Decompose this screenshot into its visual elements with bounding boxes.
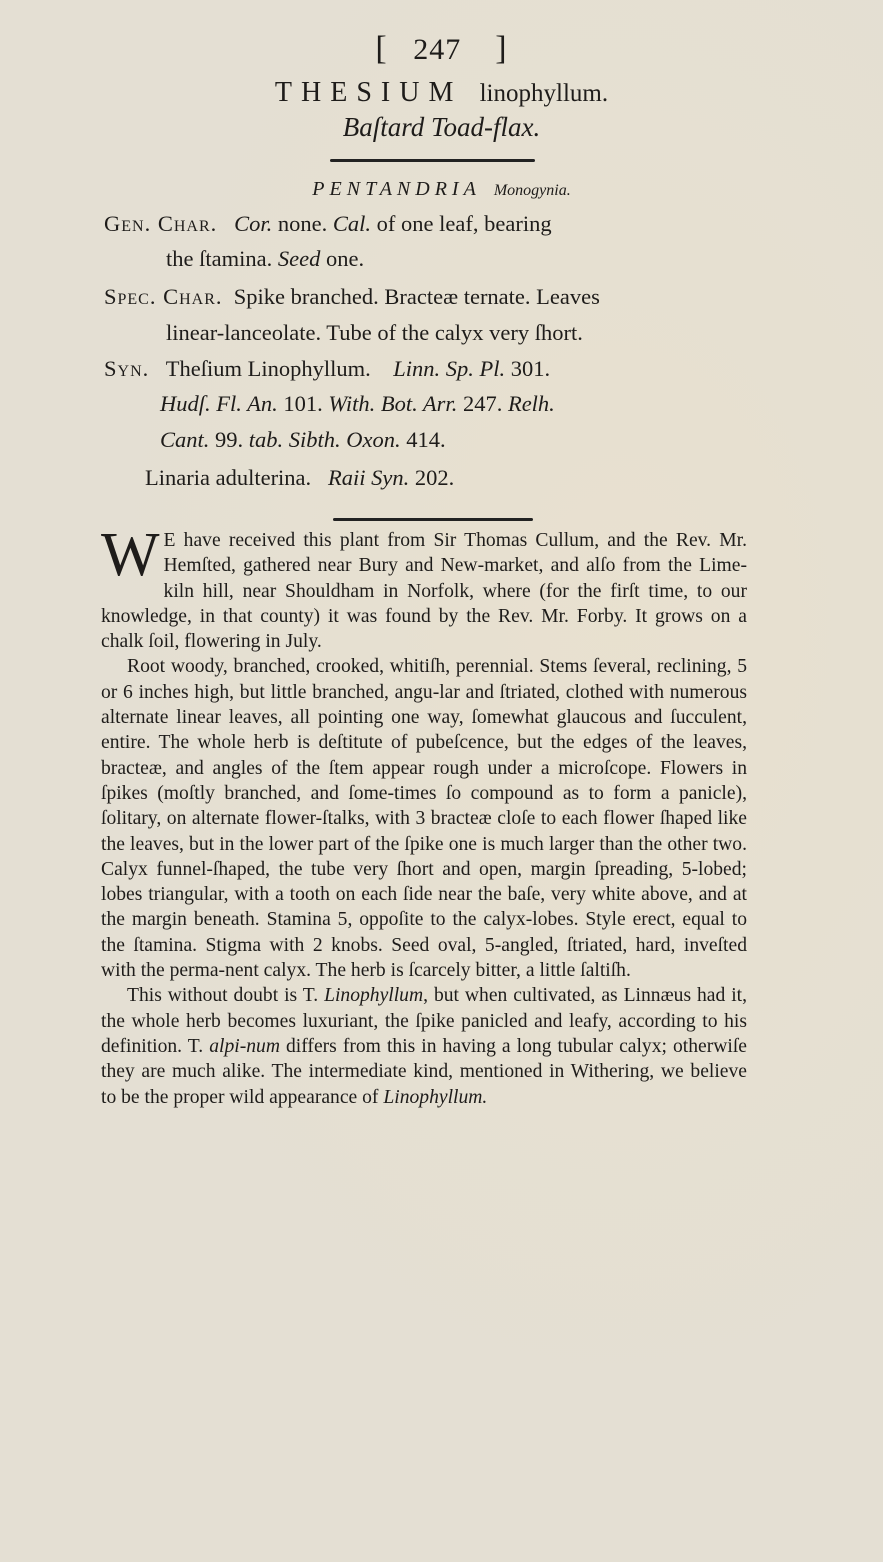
- bracket-close: ]: [495, 30, 507, 67]
- text-run: Seed: [278, 246, 320, 271]
- page-title: THESIUM linophyllum.: [0, 76, 883, 109]
- syn-label: Syn.: [104, 356, 149, 381]
- text-run: 414.: [401, 427, 446, 452]
- paragraph-text: E have received this plant from Sir Thom…: [101, 530, 747, 652]
- text-run: 247.: [457, 391, 508, 416]
- paragraph-1: WE have received this plant from Sir Tho…: [101, 528, 747, 654]
- syn-line-4: Linaria adulterina. Raii Syn. 202.: [145, 465, 454, 491]
- text-run: Linn. Sp. Pl.: [393, 356, 505, 381]
- syn-line-2: Hudſ. Fl. An. 101. With. Bot. Arr. 247. …: [160, 391, 555, 417]
- text-run: the ſtamina.: [166, 246, 278, 271]
- text-run: Raii Syn.: [328, 465, 409, 490]
- text-run: Cor.: [234, 211, 272, 236]
- paragraph-3: This without doubt is T. Linophyllum, bu…: [101, 983, 747, 1109]
- gen-char-label: Gen. Char.: [104, 211, 217, 236]
- species-italic: Linophyllum.: [383, 1087, 487, 1108]
- text-run: none.: [272, 211, 333, 236]
- text-run: of one leaf, bearing: [371, 211, 552, 236]
- text-run: Relh.: [508, 391, 555, 416]
- gen-char-line-2: the ſtamina. Seed one.: [166, 246, 364, 272]
- text-run: 301.: [511, 356, 550, 381]
- text-run: Sibth. Oxon.: [289, 427, 401, 452]
- text-run: Theſium Linophyllum.: [166, 356, 371, 381]
- drop-cap: W: [101, 528, 160, 580]
- text-run: Cant.: [160, 427, 209, 452]
- text-run: tab.: [249, 427, 283, 452]
- genus-name: THESIUM: [275, 77, 462, 108]
- divider-rule: [333, 518, 533, 521]
- text-run: Cal.: [333, 211, 371, 236]
- bracket-open: [: [375, 30, 387, 67]
- text-run: Linaria adulterina.: [145, 465, 311, 490]
- class-name: PENTANDRIA: [312, 178, 481, 200]
- spec-char-label: Spec. Char.: [104, 284, 223, 309]
- paragraph-text: Root woody, branched, crooked, whitiſh, …: [101, 656, 747, 981]
- species-italic: alpi-num: [209, 1036, 280, 1057]
- paragraph-text: This without doubt is T.: [127, 985, 324, 1006]
- linnaean-classification: PENTANDRIA Monogynia.: [0, 178, 883, 201]
- description-body: WE have received this plant from Sir Tho…: [101, 528, 747, 1110]
- paragraph-2: Root woody, branched, crooked, whitiſh, …: [101, 654, 747, 983]
- syn-line-1: Syn. Theſium Linophyllum. Linn. Sp. Pl. …: [104, 356, 550, 382]
- text-run: Hudſ. Fl. An.: [160, 391, 278, 416]
- spec-char-line-2: linear-lanceolate. Tube of the calyx ver…: [166, 320, 583, 346]
- text-run: 99.: [209, 427, 248, 452]
- book-page: [ 247 ] THESIUM linophyllum. Baſtard Toa…: [0, 0, 883, 1562]
- page-number-value: 247: [413, 33, 461, 66]
- gen-char-line-1: Gen. Char. Cor. none. Cal. of one leaf, …: [104, 211, 552, 237]
- spec-char-line-1: Spec. Char. Spike branched. Bracteæ tern…: [104, 284, 600, 310]
- syn-line-3: Cant. 99. tab. Sibth. Oxon. 414.: [160, 427, 446, 453]
- species-name: linophyllum.: [480, 80, 608, 107]
- species-italic: Linophyllum: [324, 985, 423, 1006]
- divider-rule: [330, 159, 535, 162]
- text-run: 101.: [278, 391, 329, 416]
- order-name: Monogynia.: [494, 182, 571, 199]
- page-number: [ 247 ]: [0, 30, 883, 68]
- text-run: linear-lanceolate. Tube of the calyx ver…: [166, 320, 583, 345]
- text-run: With. Bot. Arr.: [328, 391, 457, 416]
- common-name: Baſtard Toad-flax.: [0, 112, 883, 143]
- text-run: Spike branched. Bracteæ ternate. Leaves: [234, 284, 600, 309]
- text-run: 202.: [415, 465, 454, 490]
- text-run: one.: [320, 246, 364, 271]
